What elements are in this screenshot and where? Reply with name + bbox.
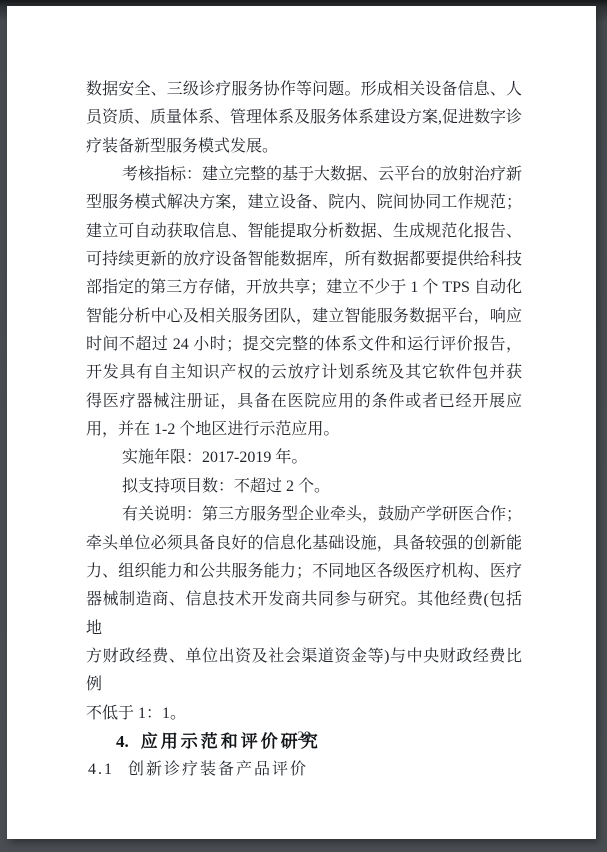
text-line: 牵头单位必须具备良好的信息化基础设施，具备较强的创新能 [86, 530, 522, 558]
text-line: 有关说明：第三方服务型企业牵头，鼓励产学研医合作； [86, 501, 522, 529]
text-line: 可持续更新的放疗设备智能数据库，所有数据都要提供给科技 [86, 246, 522, 274]
text-line: 智能分析中心及相关服务团队，建立智能服务数据平台，响应 [86, 303, 522, 331]
text-line: 拟支持项目数：不超过 2 个。 [86, 473, 522, 501]
text-line: 得医疗器械注册证，具备在医院应用的条件或者已经开展应 [86, 388, 522, 416]
text-line: 力、组织能力和公共服务能力；不同地区各级医疗机构、医疗 [86, 558, 522, 586]
page-number: 29 [86, 728, 522, 744]
text-line: 型服务模式解决方案，建立设备、院内、院间协同工作规范； [86, 189, 522, 217]
page-content: 数据安全、三级诊疗服务协作等问题。形成相关设备信息、人员资质、质量体系、管理体系… [86, 76, 522, 785]
text-line: 时间不超过 24 小时；提交完整的体系文件和运行评价报告， [86, 331, 522, 359]
text-line: 疗装备新型服务模式发展。 [86, 133, 522, 161]
text-line: 考核指标：建立完整的基于大数据、云平台的放射治疗新 [86, 161, 522, 189]
viewer-background: 数据安全、三级诊疗服务协作等问题。形成相关设备信息、人员资质、质量体系、管理体系… [0, 0, 607, 852]
text-line: 员资质、质量体系、管理体系及服务体系建设方案,促进数字诊 [86, 104, 522, 132]
text-line: 方财政经费、单位出资及社会渠道资金等)与中央财政经费比例 [86, 643, 522, 700]
text-line: 数据安全、三级诊疗服务协作等问题。形成相关设备信息、人 [86, 76, 522, 104]
text-line: 建立可自动获取信息、智能提取分析数据、生成规范化报告、 [86, 218, 522, 246]
text-line: 器械制造商、信息技术开发商共同参与研究。其他经费(包括地 [86, 586, 522, 643]
text-line: 开发具有自主知识产权的云放疗计划系统及其它软件包并获 [86, 359, 522, 387]
text-line: 不低于 1：1。 [86, 700, 522, 728]
document-page: 数据安全、三级诊疗服务协作等问题。形成相关设备信息、人员资质、质量体系、管理体系… [7, 6, 596, 839]
text-line: 实施年限：2017-2019 年。 [86, 444, 522, 472]
text-line: 用，并在 1-2 个地区进行示范应用。 [86, 416, 522, 444]
text-line: 部指定的第三方存储，开放共享；建立不少于 1 个 TPS 自动化 [86, 274, 522, 302]
subsection-heading: 4.1 创新诊疗装备产品评价 [86, 756, 522, 784]
